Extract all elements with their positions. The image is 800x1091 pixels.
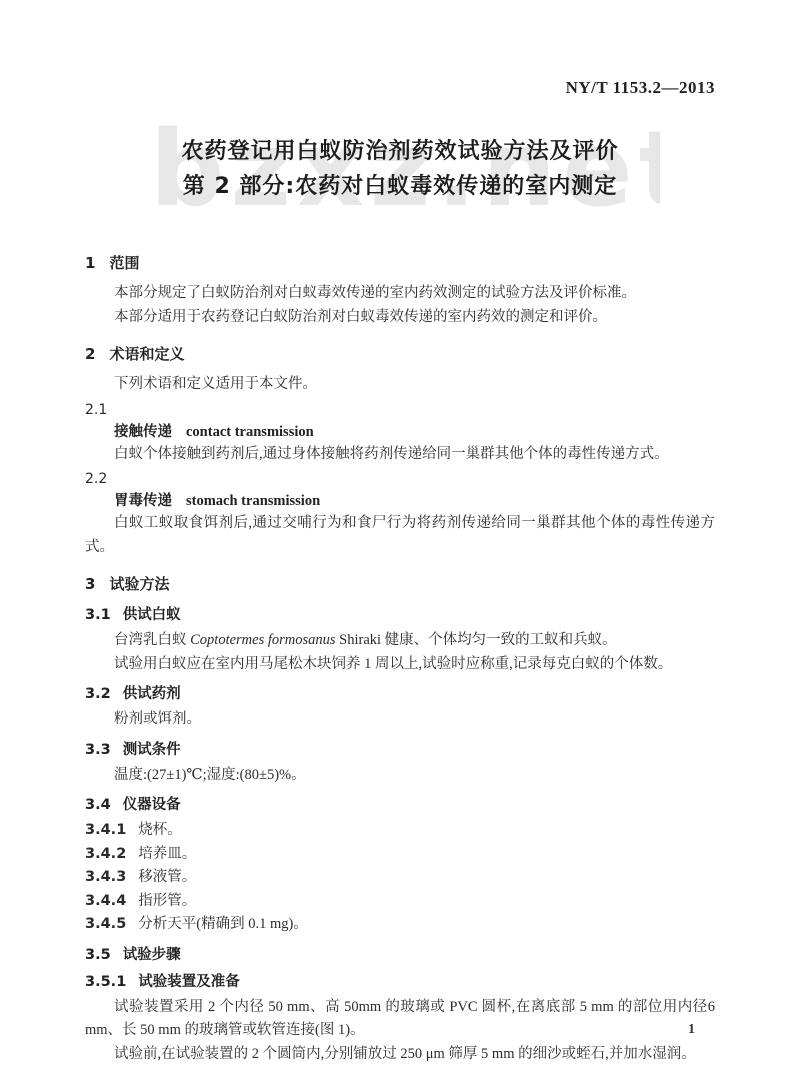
clause-number: 3.4.5 [85,913,126,937]
clause-number: 3.4.3 [85,866,126,890]
term-cn: 胃毒传递 [114,493,172,509]
section-number: 1 [85,254,95,272]
paragraph: 试验装置采用 2 个内径 50 mm、高 50mm 的玻璃或 PVC 圆杯,在离… [85,996,715,1043]
clause-heading-3-5: 3.5试验步骤 [85,943,715,964]
term-entry-contact: 接触传递contact transmission [85,421,715,443]
paragraph: 粉剂或饵剂。 [85,708,715,732]
page-title-line1: 农药登记用白蚁防治剂药效试验方法及评价 [85,134,715,169]
clause-title: 试验装置及准备 [138,974,240,990]
page-title-line2: 第 2 部分:农药对白蚁毒效传递的室内测定 [85,169,715,204]
list-item: 3.4.5分析天平(精确到 0.1 mg)。 [85,913,715,937]
clause-heading-3-2: 3.2供试药剂 [85,682,715,703]
clause-number: 3.3 [85,742,111,758]
section-number: 2 [85,345,95,363]
clause-title: 供试白蚁 [123,607,181,623]
clause-title: 试验步骤 [123,947,181,963]
list-item-text: 烧杯。 [138,822,182,838]
page-number: 1 [688,1022,695,1038]
page-title: 农药登记用白蚁防治剂药效试验方法及评价 第 2 部分:农药对白蚁毒效传递的室内测… [85,134,715,204]
paragraph: 本部分规定了白蚁防治剂对白蚁毒效传递的室内药效测定的试验方法及评价标准。 [85,282,715,306]
section-heading-methods: 3试验方法 [85,573,715,594]
species-name: Coptotermes formosanus [190,632,335,648]
clause-number: 3.5.1 [85,974,126,990]
section-heading-label: 试验方法 [109,575,169,593]
clause-heading-3-5-1: 3.5.1试验装置及准备 [85,970,715,991]
section-heading-label: 范围 [109,254,139,272]
text-run: Shiraki 健康、个体均匀一致的工蚁和兵蚁。 [336,632,617,648]
list-item-text: 移液管。 [138,869,196,885]
term-en: stomach transmission [186,493,320,509]
list-item: 3.4.3移液管。 [85,866,715,890]
paragraph: 下列术语和定义适用于本文件。 [85,373,715,397]
section-heading-scope: 1范围 [85,252,715,273]
text-run: 台湾乳白蚁 [114,632,190,648]
clause-number-2-1: 2.1 [85,399,715,421]
section-number: 3 [85,575,95,593]
clause-number: 3.4 [85,797,111,813]
term-definition: 白蚁个体接触到药剂后,通过身体接触将药剂传递给同一巢群其他个体的毒性传递方式。 [85,443,715,467]
document-page: bzxz.net NY/T 1153.2—2013 农药登记用白蚁防治剂药效试验… [0,0,800,1091]
list-item: 3.4.1烧杯。 [85,819,715,843]
term-entry-stomach: 胃毒传递stomach transmission [85,490,715,512]
clause-number: 3.4.1 [85,819,126,843]
clause-number: 3.4.2 [85,843,126,867]
clause-number-2-2: 2.2 [85,468,715,490]
paragraph: 试验用白蚁应在室内用马尾松木块饲养 1 周以上,试验时应称重,记录每克白蚁的个体… [85,653,715,677]
list-item: 3.4.2培养皿。 [85,843,715,867]
section-heading-terms: 2术语和定义 [85,343,715,364]
clause-title: 仪器设备 [123,797,181,813]
list-item-text: 指形管。 [138,893,196,909]
clause-title: 供试药剂 [123,686,181,702]
clause-number: 3.5 [85,947,111,963]
clause-heading-3-3: 3.3测试条件 [85,738,715,759]
document-content: NY/T 1153.2—2013 农药登记用白蚁防治剂药效试验方法及评价 第 2… [85,78,715,1066]
paragraph: 台湾乳白蚁 Coptotermes formosanus Shiraki 健康、… [85,629,715,653]
section-heading-label: 术语和定义 [109,345,184,363]
paragraph: 试验前,在试验装置的 2 个圆筒内,分别铺放过 250 μm 筛厚 5 mm 的… [85,1043,715,1067]
clause-title: 测试条件 [123,742,181,758]
term-definition: 白蚁工蚁取食饵剂后,通过交哺行为和食尸行为将药剂传递给同一巢群其他个体的毒性传递… [85,512,715,559]
list-item: 3.4.4指形管。 [85,890,715,914]
doc-code: NY/T 1153.2—2013 [85,78,715,98]
clause-heading-3-4: 3.4仪器设备 [85,793,715,814]
paragraph: 温度:(27±1)℃;湿度:(80±5)%。 [85,764,715,788]
term-cn: 接触传递 [114,424,172,440]
clause-number: 3.4.4 [85,890,126,914]
clause-number: 3.2 [85,686,111,702]
paragraph: 本部分适用于农药登记白蚁防治剂对白蚁毒效传递的室内药效的测定和评价。 [85,306,715,330]
term-en: contact transmission [186,424,314,440]
list-item-text: 分析天平(精确到 0.1 mg)。 [138,916,308,932]
list-item-text: 培养皿。 [138,846,196,862]
clause-number: 3.1 [85,607,111,623]
clause-heading-3-1: 3.1供试白蚁 [85,603,715,624]
